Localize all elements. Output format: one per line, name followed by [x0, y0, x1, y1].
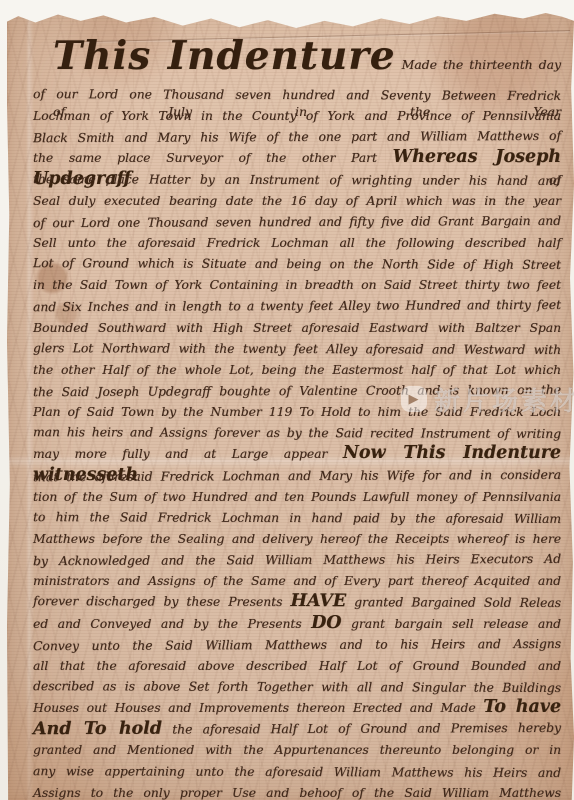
manuscript-line: of our Lord one Thousand seven hundred a… [33, 84, 561, 107]
manuscript-line: to him the Said Fredrick Lochman in hand… [33, 507, 561, 530]
manuscript-line: Plan of Said Town by the Number 119 To H… [33, 402, 561, 423]
manuscript-line: man his heirs and Assigns forever as by … [33, 422, 561, 445]
manuscript-line: all that the aforesaid above described H… [33, 656, 561, 677]
manuscript-line: tion of the Sum of two Hundred and ten P… [33, 487, 561, 508]
manuscript-line: the same place Surveyor of the other Par… [33, 148, 561, 169]
manuscript-line: Lochman of York Town in the County of Yo… [33, 106, 561, 127]
manuscript-line: by Acknowledged and the Said William Mat… [33, 549, 561, 572]
manuscript-line: that the aforesaid Fredrick Lochman and … [33, 464, 561, 487]
manuscript-line: glers Lot Northward with the twenty feet… [33, 338, 561, 361]
manuscript-line: Assigns to the only proper Use and behoo… [33, 783, 561, 800]
manuscript-line: the other Half of the whole Lot, being t… [33, 360, 561, 381]
manuscript-line: may more fully and at Large appear Now T… [33, 444, 561, 465]
manuscript-line: forever discharged by these Presents HAV… [33, 591, 561, 614]
parchment-document: This Indenture Made the thirteenth day o… [7, 9, 574, 800]
manuscript-line: Lot of Ground which is Situate and being… [33, 253, 561, 276]
manuscript-line: Black Smith and Mary his Wife of the one… [33, 126, 561, 149]
manuscript-line: described as is above Set forth Together… [33, 676, 561, 699]
manuscript-line: the Said Joseph Updegraff boughte of Val… [33, 380, 561, 403]
manuscript-line: Matthews before the Sealing and delivery… [33, 529, 561, 550]
photo-background: This Indenture Made the thirteenth day o… [0, 0, 574, 800]
manuscript-line: Houses out Houses and Improvements there… [33, 698, 561, 719]
document-lines: of our Lord one Thousand seven hundred a… [33, 85, 561, 800]
manuscript-line: Bounded Southward with High Street afore… [33, 318, 561, 339]
manuscript-line: And To hold the aforesaid Half Lot of Gr… [33, 718, 561, 741]
manuscript-line: in the Said Town of York Containing in b… [33, 275, 561, 296]
manuscript-line: ministrators and Assigns of the Same and… [33, 571, 561, 592]
manuscript-line: granted and Mentioned with the Appurtena… [33, 740, 561, 761]
manuscript-line: the same place Hatter by an Instrument o… [33, 169, 561, 192]
manuscript-line: Sell unto the aforesaid Fredrick Lochman… [33, 233, 561, 254]
manuscript-line: any wise appertaining unto the aforesaid… [33, 761, 561, 784]
manuscript-line: of our Lord one Thousand seven hundred a… [33, 211, 561, 234]
manuscript-line: This Indenture Made the thirteenth day o… [33, 33, 561, 85]
manuscript-text: This Indenture Made the thirteenth day o… [33, 33, 561, 800]
manuscript-line: and Six Inches and in length to a twenty… [33, 295, 561, 318]
manuscript-line: ed and Conveyed and by the Presents DO g… [33, 614, 561, 635]
opening-phrase: This Indenture [53, 33, 396, 79]
manuscript-line: Convey unto the Said William Matthews an… [33, 634, 561, 657]
manuscript-line: Seal duly executed bearing date the 16 d… [33, 191, 561, 212]
